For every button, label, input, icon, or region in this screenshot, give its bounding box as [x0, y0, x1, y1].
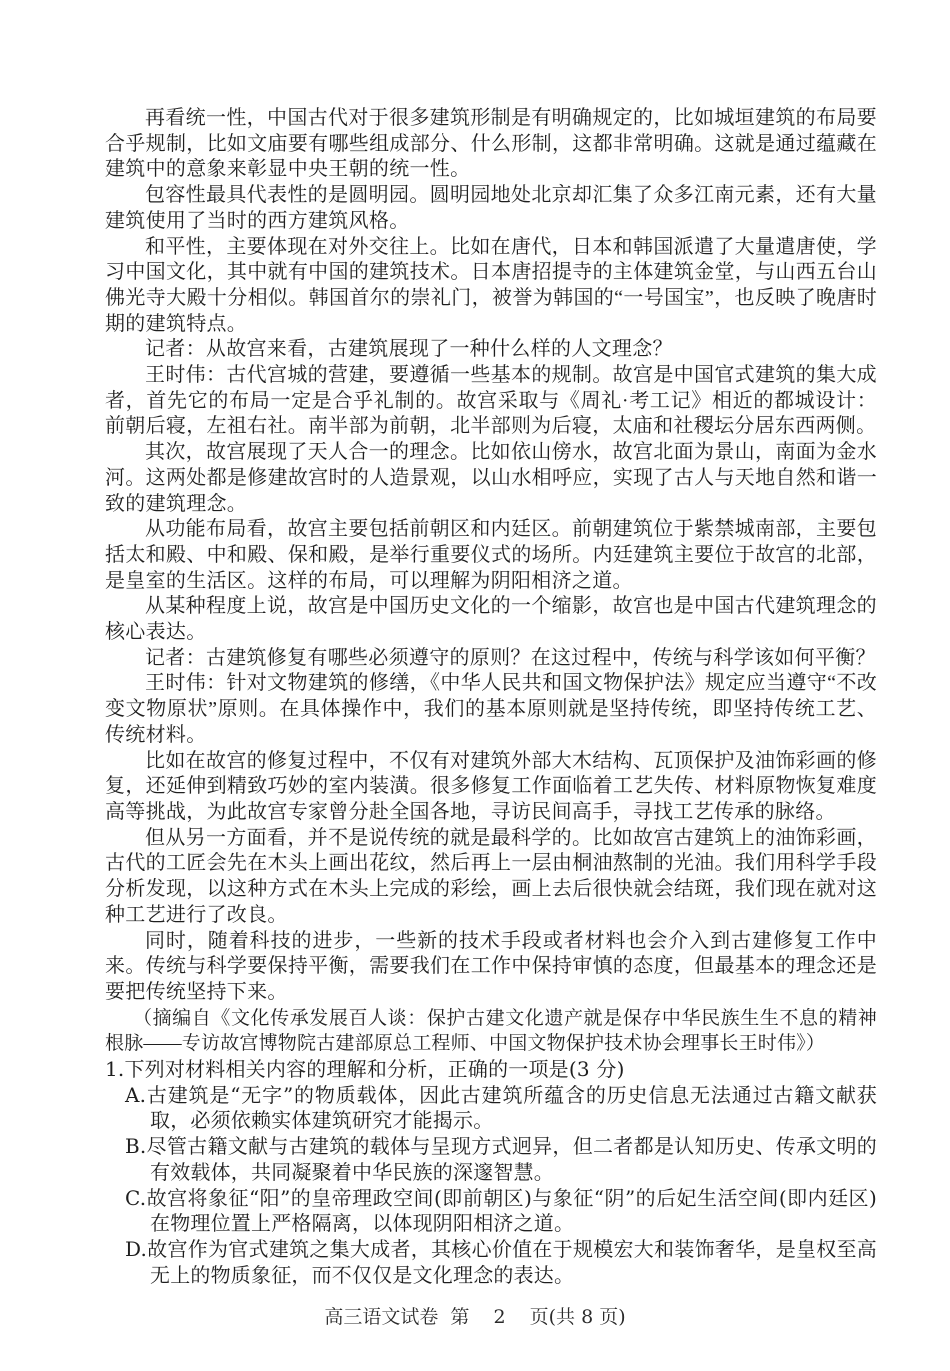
body-paragraph-peace: 和平性，主要体现在对外交往上。比如在唐代，日本和韩国派遣了大量遣唐使，学习中国文…: [105, 235, 877, 338]
option-d-text: 故宫作为官式建筑之集大成者，其核心价值在于规模宏大和装饰奢华，是皇权至高无上的物…: [147, 1237, 877, 1287]
interview-answer-restoration-examples: 比如在故宫的修复过程中，不仅有对建筑外部大木结构、瓦顶保护及油饰彩画的修复，还延…: [105, 749, 877, 826]
question-1-number: 1.: [105, 1057, 124, 1081]
question-1-option-a: A.古建筑是“无字”的物质载体，因此古建筑所蕴含的历史信息无法通过古籍文献获取，…: [105, 1083, 877, 1134]
option-a-text: 古建筑是“无字”的物质载体，因此古建筑所蕴含的历史信息无法通过古籍文献获取，必须…: [146, 1083, 877, 1133]
option-c-text: 故宫将象征“阳”的皇帝理政空间(即前朝区)与象征“阴”的后妃生活空间(即内廷区)…: [146, 1186, 877, 1236]
option-a-label: A.: [125, 1083, 146, 1107]
question-1-option-d: D.故宫作为官式建筑之集大成者，其核心价值在于规模宏大和装饰奢华，是皇权至高无上…: [105, 1237, 877, 1288]
interview-question-humanistic-concept: 记者：从故宫来看，古建筑展现了一种什么样的人文理念？: [105, 337, 877, 363]
footer-title: 高三语文试卷: [324, 1306, 438, 1328]
body-paragraph-inclusiveness: 包容性最具代表性的是圆明园。圆明园地处北京却汇集了众多江南元素，还有大量建筑使用…: [105, 183, 877, 234]
interview-answer-technology-balance: 同时，随着科技的进步，一些新的技术手段或者材料也会介入到古建修复工作中来。传统与…: [105, 929, 877, 1006]
interview-question-restoration-principles: 记者：古建筑修复有哪些必须遵守的原则？在这过程中，传统与科学该如何平衡？: [105, 646, 877, 672]
page-footer: 高三语文试卷 第 2 页(共 8 页): [0, 1304, 950, 1330]
interview-answer-tradition-vs-science: 但从另一方面看，并不是说传统的就是最科学的。比如故宫古建筑上的油饰彩画，古代的工…: [105, 826, 877, 929]
question-1-stem: 1.下列对材料相关内容的理解和分析，正确的一项是(3 分): [105, 1057, 877, 1083]
question-1-stem-text: 下列对材料相关内容的理解和分析，正确的一项是(3 分): [124, 1057, 624, 1081]
interview-answer-functional-layout: 从功能布局看，故宫主要包括前朝区和内廷区。前朝建筑位于紫禁城南部，主要包括太和殿…: [105, 517, 877, 594]
option-b-label: B.: [125, 1134, 146, 1158]
question-1-option-c: C.故宫将象征“阳”的皇帝理政空间(即前朝区)与象征“阴”的后妃生活空间(即内廷…: [105, 1186, 877, 1237]
question-1-option-b: B.尽管古籍文献与古建筑的载体与呈现方式迥异，但二者都是认知历史、传承文明的有效…: [105, 1134, 877, 1185]
interview-answer-ritual-layout: 王时伟：古代宫城的营建，要遵循一些基本的规制。故宫是中国官式建筑的集大成者，首先…: [105, 363, 877, 440]
footer-page-prefix: 第: [450, 1306, 469, 1328]
footer-page-number: 2: [493, 1306, 505, 1328]
interview-answer-epitome: 从某种程度上说，故宫是中国历史文化的一个缩影，故宫也是中国古代建筑理念的核心表达…: [105, 594, 877, 645]
source-citation: （摘编自《文化传承发展百人谈：保护古建文化遗产就是保存中华民族生生不息的精神根脉…: [105, 1006, 877, 1057]
body-paragraph-unity: 再看统一性，中国古代对于很多建筑形制是有明确规定的，比如城垣建筑的布局要合乎规制…: [105, 106, 877, 183]
footer-page-suffix: 页(共 8 页): [530, 1306, 626, 1328]
option-b-text: 尽管古籍文献与古建筑的载体与呈现方式迥异，但二者都是认知历史、传承文明的有效载体…: [146, 1134, 877, 1184]
question-1: 1.下列对材料相关内容的理解和分析，正确的一项是(3 分) A.古建筑是“无字”…: [105, 1057, 877, 1288]
text-column: 再看统一性，中国古代对于很多建筑形制是有明确规定的，比如城垣建筑的布局要合乎规制…: [105, 106, 877, 1288]
exam-paper-page: 再看统一性，中国古代对于很多建筑形制是有明确规定的，比如城垣建筑的布局要合乎规制…: [0, 0, 950, 1371]
option-c-label: C.: [125, 1186, 146, 1210]
interview-answer-harmony-nature: 其次，故宫展现了天人合一的理念。比如依山傍水，故宫北面为景山，南面为金水河。这两…: [105, 440, 877, 517]
option-d-label: D.: [125, 1237, 147, 1261]
interview-answer-preservation-law: 王时伟：针对文物建筑的修缮，《中华人民共和国文物保护法》规定应当遵守“不改变文物…: [105, 671, 877, 748]
